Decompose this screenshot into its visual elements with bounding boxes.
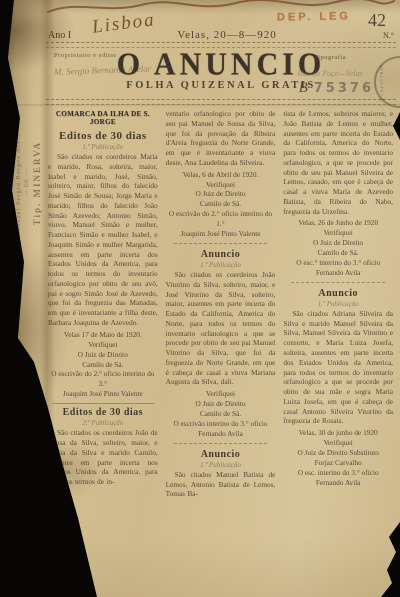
verifiquei-line: Verifiquei <box>166 389 276 399</box>
ornament-rule-bottom <box>46 99 396 105</box>
clerk-name: Fernando Avila <box>283 478 393 488</box>
registry-digits: 75376 <box>314 81 374 96</box>
clerk-name: Fernando Avila <box>166 429 276 439</box>
notice-paragraph: São citados Manuel Batista de Lemos, Ant… <box>166 470 276 499</box>
column-2: ventario orfanologico por obito de seu p… <box>166 109 276 501</box>
clerk-title: O escrivão do 2.° oficio interino do 3.° <box>48 369 158 389</box>
clerk-title: O escrivão do 2.° oficio interino do 1.° <box>166 209 276 229</box>
anuncio-heading: Anuncio <box>166 249 276 260</box>
spine-de: — DE — <box>24 169 30 196</box>
judge-name: Camilo de Sá. <box>166 409 276 419</box>
notice-paragraph: São citados os coerdeiros João de Sousa … <box>48 428 158 487</box>
column-3: tista de Lemos, solteiros maiores, e Joã… <box>283 109 393 501</box>
anuncio-heading: Anuncio <box>166 449 276 460</box>
judge-name: Camilo de Sá. <box>48 360 158 370</box>
anuncio-heading: Anuncio <box>283 288 393 299</box>
publicacao-label: 2.ª Publicação <box>48 419 158 427</box>
clerk-title: O esc.° interino do 3.° oficio <box>283 258 393 268</box>
judge-title: O Juiz de Direito <box>48 350 158 360</box>
notice-paragraph-continuation: ventario orfanologico por obito de seu p… <box>166 109 276 168</box>
squiggle-divider <box>174 443 268 446</box>
registry-number: B75376 <box>299 80 374 97</box>
issue-date: Velas, 20—8—920 <box>177 29 276 41</box>
notice-date: Velas 17 de Maio de 1920. <box>48 330 158 340</box>
clerk-title: O escrivão interino do 3.° oficio <box>166 419 276 429</box>
judge-title: O Juiz de Direito Substituto <box>283 448 393 458</box>
newspaper-page: S. Jorge—Velas Manuel Sergio Borges Avel… <box>0 0 400 597</box>
clerk-title: O esc. interino do 3.° oficio <box>283 468 393 478</box>
judge-title: O Juiz de Direito <box>166 399 276 409</box>
numero-label: N.° <box>383 31 394 40</box>
editos-heading-1: Editos de 30 dias <box>48 130 158 142</box>
clerk-name: Joaquim José Pinto Valente <box>166 229 276 239</box>
comarca-header: COMARCA DA ILHA DE S. JORGE <box>48 110 158 126</box>
library-stamp-text: BIBLIOTECA <box>379 65 384 102</box>
publicacao-label: 1.ª Publicação <box>48 143 158 151</box>
clerk-name: Fernando Avila <box>283 268 393 278</box>
notice-paragraph-continuation: tista de Lemos, solteiros maiores, e Joã… <box>283 109 393 216</box>
tipografia-label: Tipografia <box>270 54 390 61</box>
judge-name: Camilo de Sá. <box>283 248 393 258</box>
publicacao-label: 1.ª Publicação <box>166 261 276 269</box>
notice-paragraph: São citados os coerdeiros João Vitorino … <box>166 270 276 387</box>
notice-date: Velas, 26 de Junho de 1920 <box>283 218 393 228</box>
verifiquei-line: Verifiquei <box>166 180 276 190</box>
registry-prefix: B <box>299 80 308 96</box>
publicacao-label: 1.ª Publicação <box>166 461 276 469</box>
notice-date: Velas, 6 de Abril de 1920. <box>166 170 276 180</box>
notice-date: Velas, 30 de junho de 1920 <box>283 428 393 438</box>
verifiquei-line: Verifiquei <box>48 340 158 350</box>
article-columns: COMARCA DA ILHA DE S. JORGE Editos de 30… <box>48 109 393 501</box>
clerk-name: Joaquim José Pinto Valente <box>48 389 158 399</box>
publicacao-label: 1.ª Publicação <box>283 300 393 308</box>
verifiquei-line: Verifiquei <box>283 228 393 238</box>
column-1: COMARCA DA ILHA DE S. JORGE Editos de 30… <box>48 109 158 501</box>
judge-name: Camilo de Sá. <box>166 199 276 209</box>
verifiquei-line: Verifiquei <box>283 438 393 448</box>
spine-place: S. Jorge—Velas <box>7 157 13 209</box>
squiggle-divider <box>174 243 268 246</box>
copy-number: 42 <box>368 10 386 31</box>
notice-paragraph: São citados os coerdeiros Maria e marido… <box>48 152 158 328</box>
dateline-row: Ano I Velas, 20—8—920 N.° <box>48 29 394 41</box>
spine-imprint: S. Jorge—Velas Manuel Sergio Borges Avel… <box>2 58 46 308</box>
editos-heading-2: Editos de 30 dias <box>48 407 158 418</box>
spine-printer: Tip. MINERVA <box>32 141 42 225</box>
judge-name: Forjaz Carvalho <box>283 458 393 468</box>
tipografia-address: Rua do Poço—Velas <box>270 69 390 78</box>
judge-title: O Juiz de Direito <box>166 189 276 199</box>
judge-title: O Juiz de Direito <box>283 238 393 248</box>
dep-leg-stamp: DEP. LEG <box>277 10 351 23</box>
notice-paragraph: São citados Adriana Silveira da Silva e … <box>283 309 393 426</box>
squiggle-divider <box>291 282 385 285</box>
ano-label: Ano I <box>48 30 71 41</box>
section-divider <box>52 403 154 404</box>
spine-owner: Manuel Sergio Borges Avela <box>15 133 22 234</box>
